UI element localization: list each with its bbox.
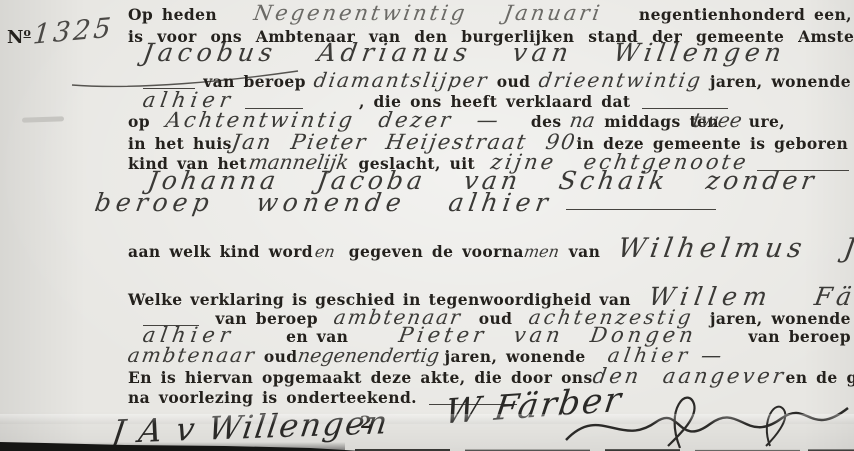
paper-fold-line <box>0 414 854 424</box>
line-declarant-name: Jacobus Adrianus van Willengen <box>143 42 786 64</box>
handwritten-daypart: na <box>569 109 597 131</box>
printed-aan-welk-kind: aan welk kind word <box>128 241 313 263</box>
act-number-label-o: o <box>23 26 30 39</box>
handwritten-birth-day: Achtentwintig dezer — <box>164 109 502 131</box>
paper-smudge <box>22 116 64 122</box>
line-mother-residence: beroep wonende alhier <box>95 192 716 214</box>
act-number-value: 1325 <box>32 12 115 50</box>
blank-rule <box>566 209 716 210</box>
printed-op: op <box>128 111 150 133</box>
handwritten-declarant-age: drieentwintig <box>537 69 703 91</box>
printed-op-heden: Op heden <box>128 4 217 26</box>
handwritten-date-month: Januari <box>502 2 604 24</box>
handwritten-witness2-residence: alhier — <box>606 344 727 366</box>
handwritten-word-suffix: en <box>313 241 336 263</box>
birth-certificate-scan: No 1325 Op heden Negenentwintig Januari … <box>0 0 854 451</box>
handwritten-voornaam-suffix: men <box>522 241 560 263</box>
line-date: Op heden Negenentwintig Januari negentie… <box>128 2 852 26</box>
printed-year: negentienhonderd een, <box>639 4 852 26</box>
printed-van: van <box>569 241 601 263</box>
page-edge-tear <box>0 437 854 451</box>
act-number-label: No <box>7 26 31 48</box>
act-number-label-n: N <box>7 27 23 48</box>
handwritten-birth-hour: twee <box>691 109 743 131</box>
handwritten-mother-residence: beroep wonende alhier <box>93 192 554 214</box>
handwritten-child-name: Wilhelmus Jacobus <box>617 238 854 260</box>
printed-van-beroep-3: van beroep <box>748 326 851 348</box>
line-deed: En is hiervan opgemaakt deze akte, die d… <box>128 365 852 389</box>
handwritten-date-day: Negenentwintig <box>252 2 469 24</box>
printed-en-de-getuigen: en de getuigen, <box>785 367 854 389</box>
printed-gegeven-voorna: gegeven de voorna <box>349 241 524 263</box>
handwritten-declarant-name: Jacobus Adrianus van Willengen <box>141 42 787 64</box>
handwritten-witness2-occupation: ambtenaar <box>126 344 257 366</box>
printed-jaren-wonende: jaren, wonende <box>710 71 851 93</box>
line-child-name: aan welk kind word en gegeven de voorna … <box>128 238 854 263</box>
printed-ure: ure, <box>749 111 785 133</box>
handwritten-witness2-age: negenendertig <box>296 345 440 367</box>
handwritten-declarant-occupation: diamantslijper <box>312 69 490 91</box>
